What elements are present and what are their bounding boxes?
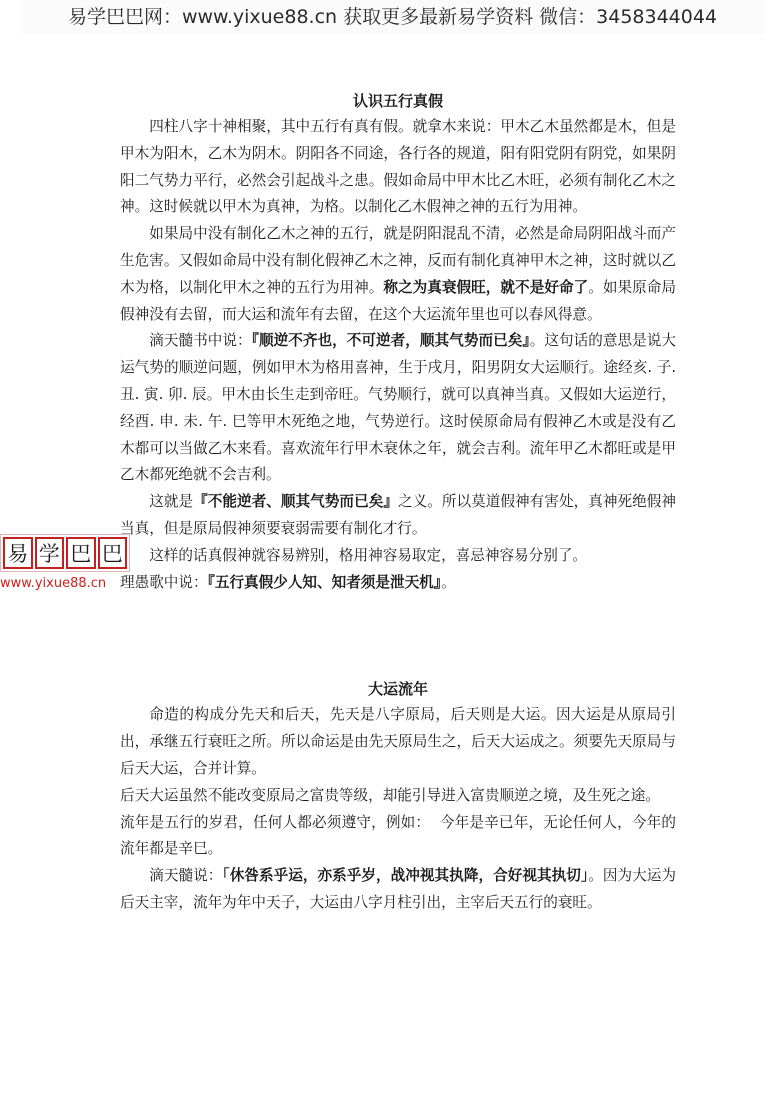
section-true-false-elements: 认识五行真假 四柱八字十神相聚，其中五行有真有假。就拿木来说：甲木乙木虽然都是木… [120, 88, 676, 596]
section-luck-cycles: 大运流年 命造的构成分先天和后天，先天是八字原局，后天则是大运。因大运是从原局引… [120, 676, 676, 916]
paragraph: 滴天髓说：「休咎系乎运，亦系乎岁，战冲视其执降，合好视其执切」。因为大运为后天主… [120, 863, 676, 917]
text-run: 。 [441, 574, 456, 591]
bold-quote: 「休咎系乎运，亦系乎岁，战冲视其执降，合好视其执切」 [222, 867, 588, 884]
bold-text: 称之为真衰假旺，就不是好命了 [383, 279, 588, 296]
paragraph: 滴天髓书中说：『顺逆不齐也，不可逆者，顺其气势而已矣』。这句话的意思是说大运气势… [120, 328, 676, 489]
paragraph: 四柱八字十神相聚，其中五行有真有假。就拿木来说：甲木乙木虽然都是木，但是甲木为阳… [120, 114, 676, 221]
watermark-url: www.yixue88.cn [0, 576, 130, 591]
paragraph: 流年是五行的岁君，任何人都必须遵守，例如： 今年是辛已年，无论任何人，今年的流年… [120, 810, 676, 864]
paragraph: 后天大运虽然不能改变原局之富贵等级，却能引导进入富贵顺逆之境，及生死之途。 [120, 783, 676, 810]
bold-quote: 『不能逆者、顺其气势而已矣』 [193, 493, 398, 510]
document-page: 认识五行真假 四柱八字十神相聚，其中五行有真有假。就拿木来说：甲木乙木虽然都是木… [120, 88, 676, 917]
stamp-char: 巴 [98, 537, 128, 569]
text-run: 滴天髓书中说： [149, 332, 251, 349]
stamp-char: 易 [3, 537, 33, 569]
text-run: 这就是 [149, 493, 193, 510]
paragraph: 这样的话真假神就容易辨别，格用神容易取定，喜忌神容易分别了。 [120, 543, 676, 570]
stamp-char: 学 [35, 537, 65, 569]
section-title: 认识五行真假 [120, 88, 676, 114]
text-run: 。这句话的意思是说大运气势的顺逆问题，例如甲木为格用喜神，生于戌月，阳男阴女大运… [120, 332, 676, 483]
paragraph: 命造的构成分先天和后天，先天是八字原局，后天则是大运。因大运是从原局引出，承继五… [120, 702, 676, 782]
site-banner: 易学巴巴网：www.yixue88.cn 获取更多最新易学资料 微信：34583… [20, 0, 765, 34]
paragraph: 理愚歌中说：『五行真假少人知、知者须是泄天机』。 [120, 570, 676, 597]
paragraph: 如果局中没有制化乙木之神的五行，就是阴阳混乱不清，必然是命局阴阳战斗而产生危害。… [120, 221, 676, 328]
paragraph: 这就是『不能逆者、顺其气势而已矣』之义。所以莫道假神有害处，真神死绝假神当真，但… [120, 489, 676, 543]
stamp-boxes: 易 学 巴 巴 [0, 534, 130, 572]
watermark-stamp: 易 学 巴 巴 www.yixue88.cn [0, 534, 130, 591]
text-run: 理愚歌中说： [120, 574, 208, 591]
text-run: 滴天髓说： [149, 867, 222, 884]
bold-quote: 『顺逆不齐也，不可逆者，顺其气势而已矣』 [252, 332, 530, 349]
bold-quote: 『五行真假少人知、知者须是泄天机』 [208, 574, 442, 591]
stamp-char: 巴 [66, 537, 96, 569]
banner-text: 易学巴巴网：www.yixue88.cn 获取更多最新易学资料 微信：34583… [68, 6, 717, 28]
section-title: 大运流年 [120, 676, 676, 702]
